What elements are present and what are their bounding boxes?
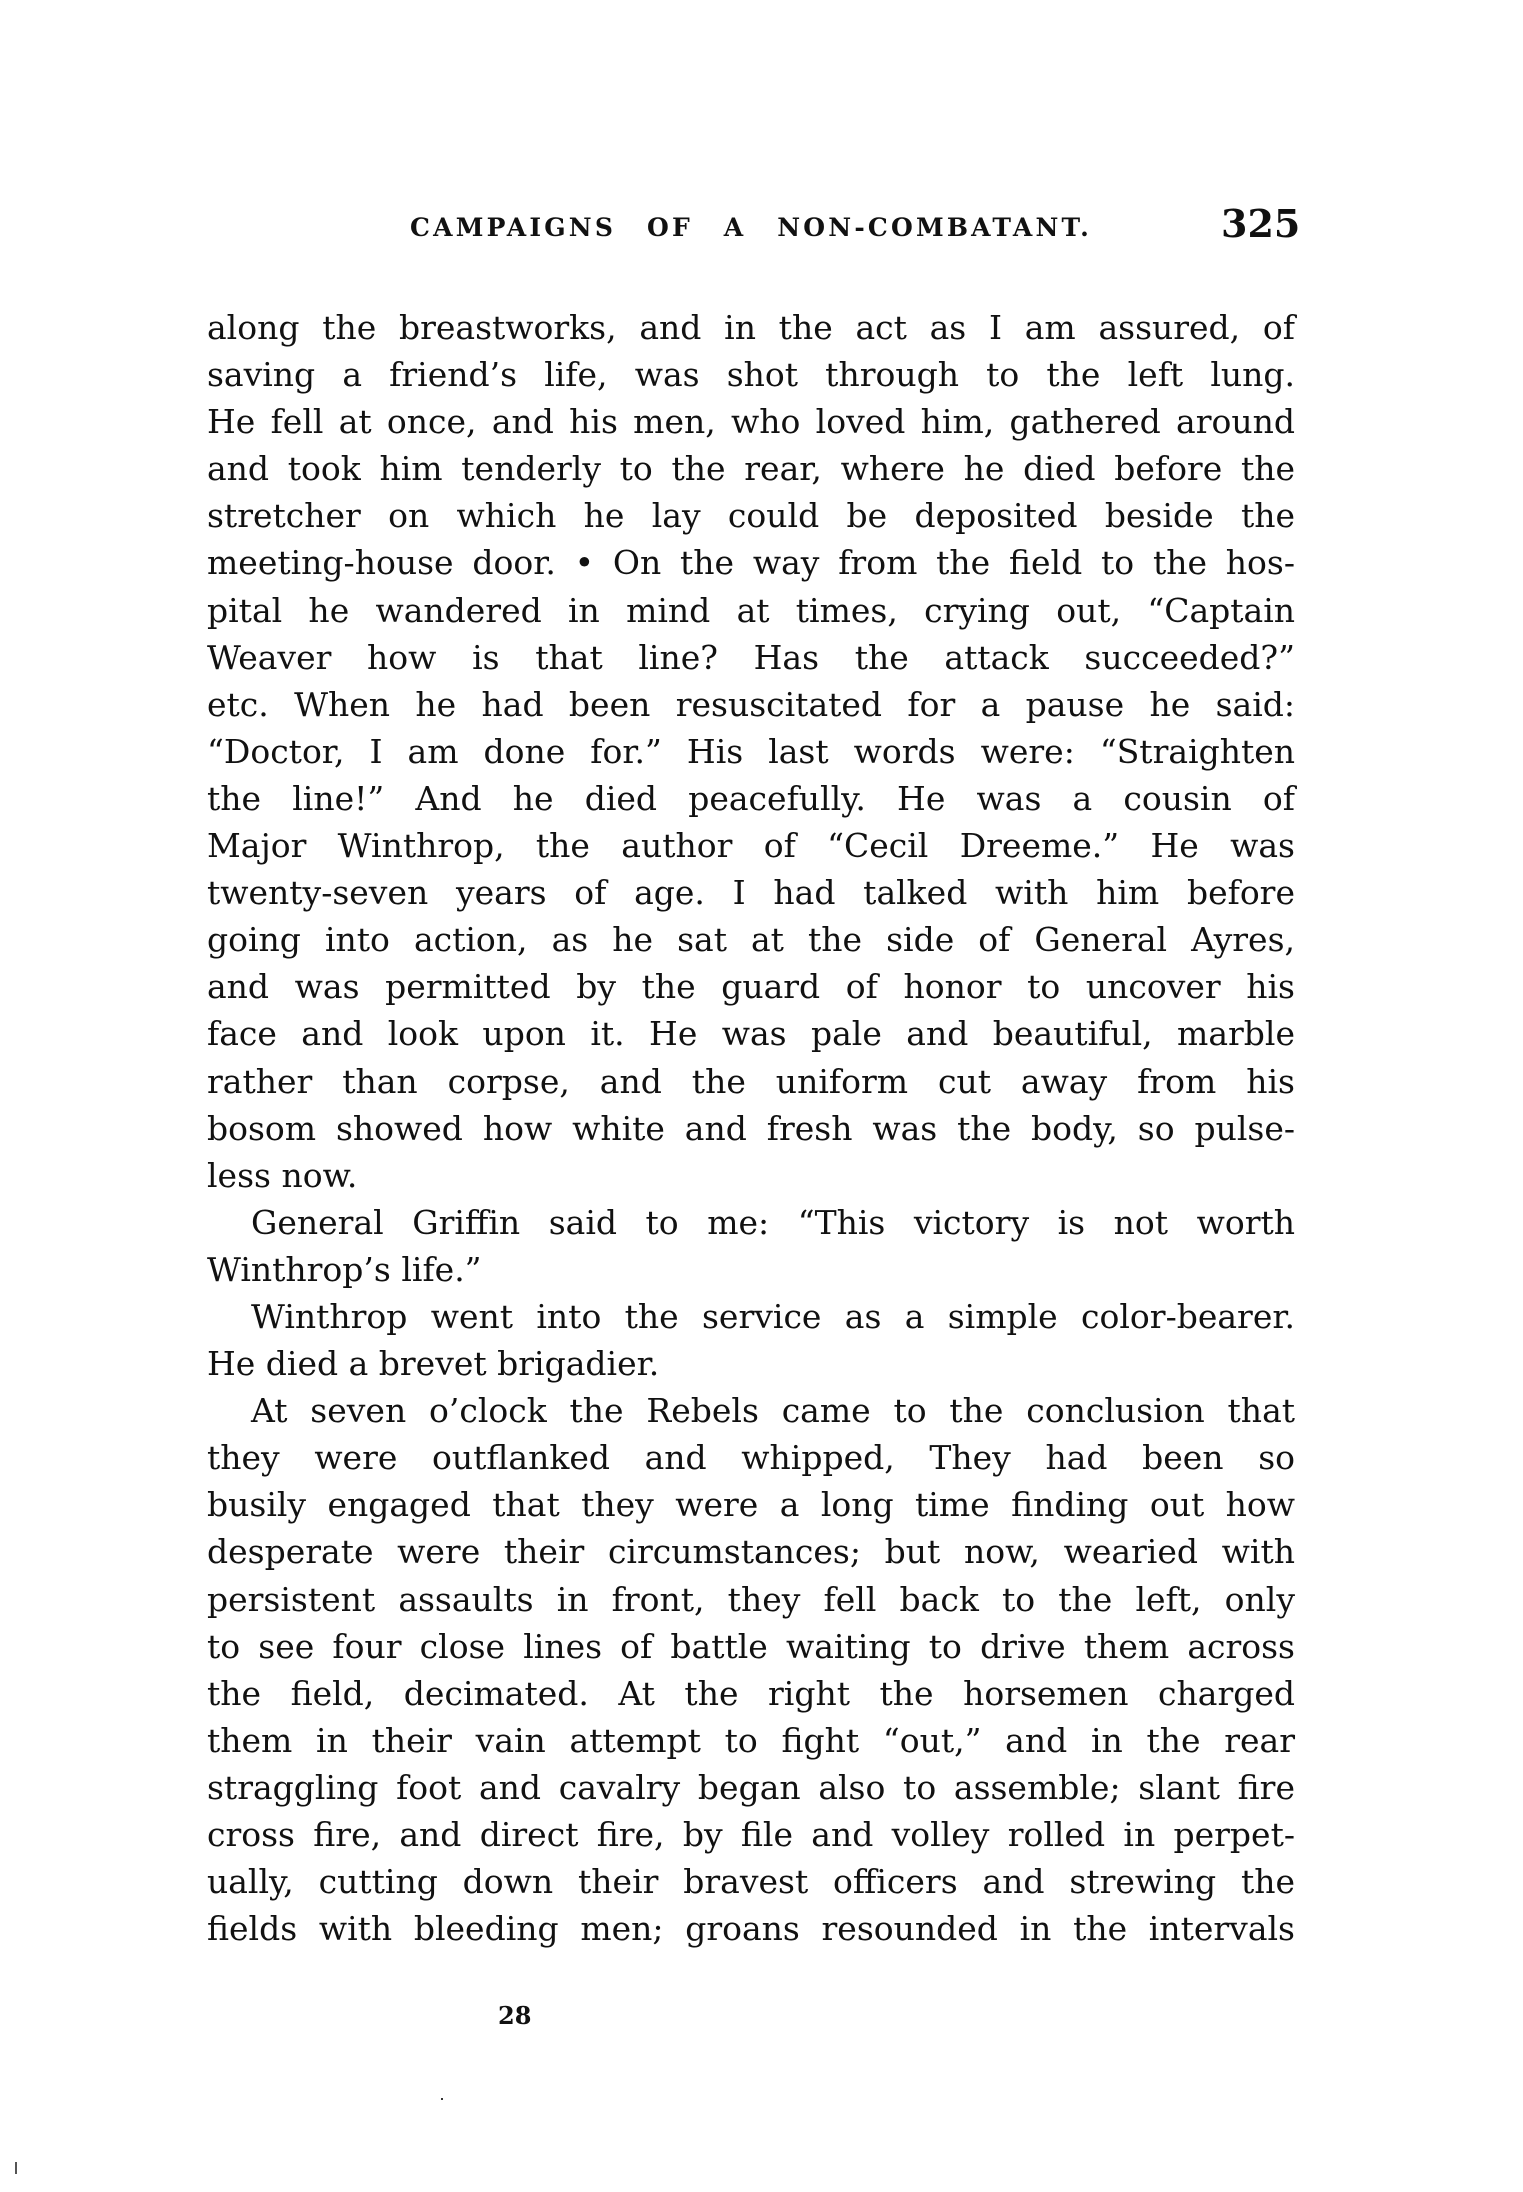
- text-line: pital he wandered in mind at times, cryi…: [207, 587, 1295, 634]
- text-line: ually, cutting down their bravest office…: [207, 1858, 1295, 1905]
- text-line: Winthrop’s life.”: [207, 1246, 1295, 1293]
- text-line: persistent assaults in front, they fell …: [207, 1576, 1295, 1623]
- text-line: Major Winthrop, the author of “Cecil Dre…: [207, 822, 1295, 869]
- text-line: the line!” And he died peacefully. He wa…: [207, 775, 1295, 822]
- body-text: along the breastworks, and in the act as…: [207, 304, 1295, 1952]
- text-line: meeting-house door. • On the way from th…: [207, 539, 1295, 586]
- running-head-title: CAMPAIGNS OF A NON-COMBATANT.: [410, 208, 1092, 248]
- page-number: 325: [1221, 200, 1295, 248]
- text-line: and took him tenderly to the rear, where…: [207, 445, 1295, 492]
- text-line: General Griffin said to me: “This victor…: [207, 1199, 1295, 1246]
- paragraph-4: At seven o’clock the Rebels came to the …: [207, 1387, 1295, 1952]
- text-line: the field, decimated. At the right the h…: [207, 1670, 1295, 1717]
- text-line: rather than corpse, and the uniform cut …: [207, 1058, 1295, 1105]
- text-line: face and look upon it. He was pale and b…: [207, 1010, 1295, 1057]
- text-line: along the breastworks, and in the act as…: [207, 304, 1295, 351]
- text-line: them in their vain attempt to fight “out…: [207, 1717, 1295, 1764]
- text-line: busily engaged that they were a long tim…: [207, 1481, 1295, 1528]
- text-line: At seven o’clock the Rebels came to the …: [207, 1387, 1295, 1434]
- text-line: Winthrop went into the service as a simp…: [207, 1293, 1295, 1340]
- text-line: going into action, as he sat at the side…: [207, 916, 1295, 963]
- text-line: stretcher on which he lay could be depos…: [207, 492, 1295, 539]
- text-line: He died a brevet brigadier.: [207, 1340, 1295, 1387]
- text-line: and was permitted by the guard of honor …: [207, 963, 1295, 1010]
- signature-mark: 28: [498, 2000, 538, 2032]
- text-line: fields with bleeding men; groans resound…: [207, 1905, 1295, 1952]
- text-line: to see four close lines of battle waitin…: [207, 1623, 1295, 1670]
- book-page: CAMPAIGNS OF A NON-COMBATANT. 325 along …: [0, 0, 1523, 2192]
- text-line: they were outflanked and whipped, They h…: [207, 1434, 1295, 1481]
- paragraph-3: Winthrop went into the service as a simp…: [207, 1293, 1295, 1387]
- paragraph-1: along the breastworks, and in the act as…: [207, 304, 1295, 1199]
- text-line: “Doctor, I am done for.” His last words …: [207, 728, 1295, 775]
- text-line: straggling foot and cavalry began also t…: [207, 1764, 1295, 1811]
- paragraph-2: General Griffin said to me: “This victor…: [207, 1199, 1295, 1293]
- text-line: Weaver how is that line? Has the attack …: [207, 634, 1295, 681]
- text-line: cross fire, and direct fire, by file and…: [207, 1811, 1295, 1858]
- print-speck: [441, 2098, 443, 2100]
- text-line: bosom showed how white and fresh was the…: [207, 1105, 1295, 1152]
- text-line: twenty-seven years of age. I had talked …: [207, 869, 1295, 916]
- text-line: saving a friend’s life, was shot through…: [207, 351, 1295, 398]
- text-line: less now.: [207, 1152, 1295, 1199]
- text-line: etc. When he had been resuscitated for a…: [207, 681, 1295, 728]
- print-speck: [15, 2162, 17, 2174]
- text-line: He fell at once, and his men, who loved …: [207, 398, 1295, 445]
- text-line: desperate were their circumstances; but …: [207, 1528, 1295, 1575]
